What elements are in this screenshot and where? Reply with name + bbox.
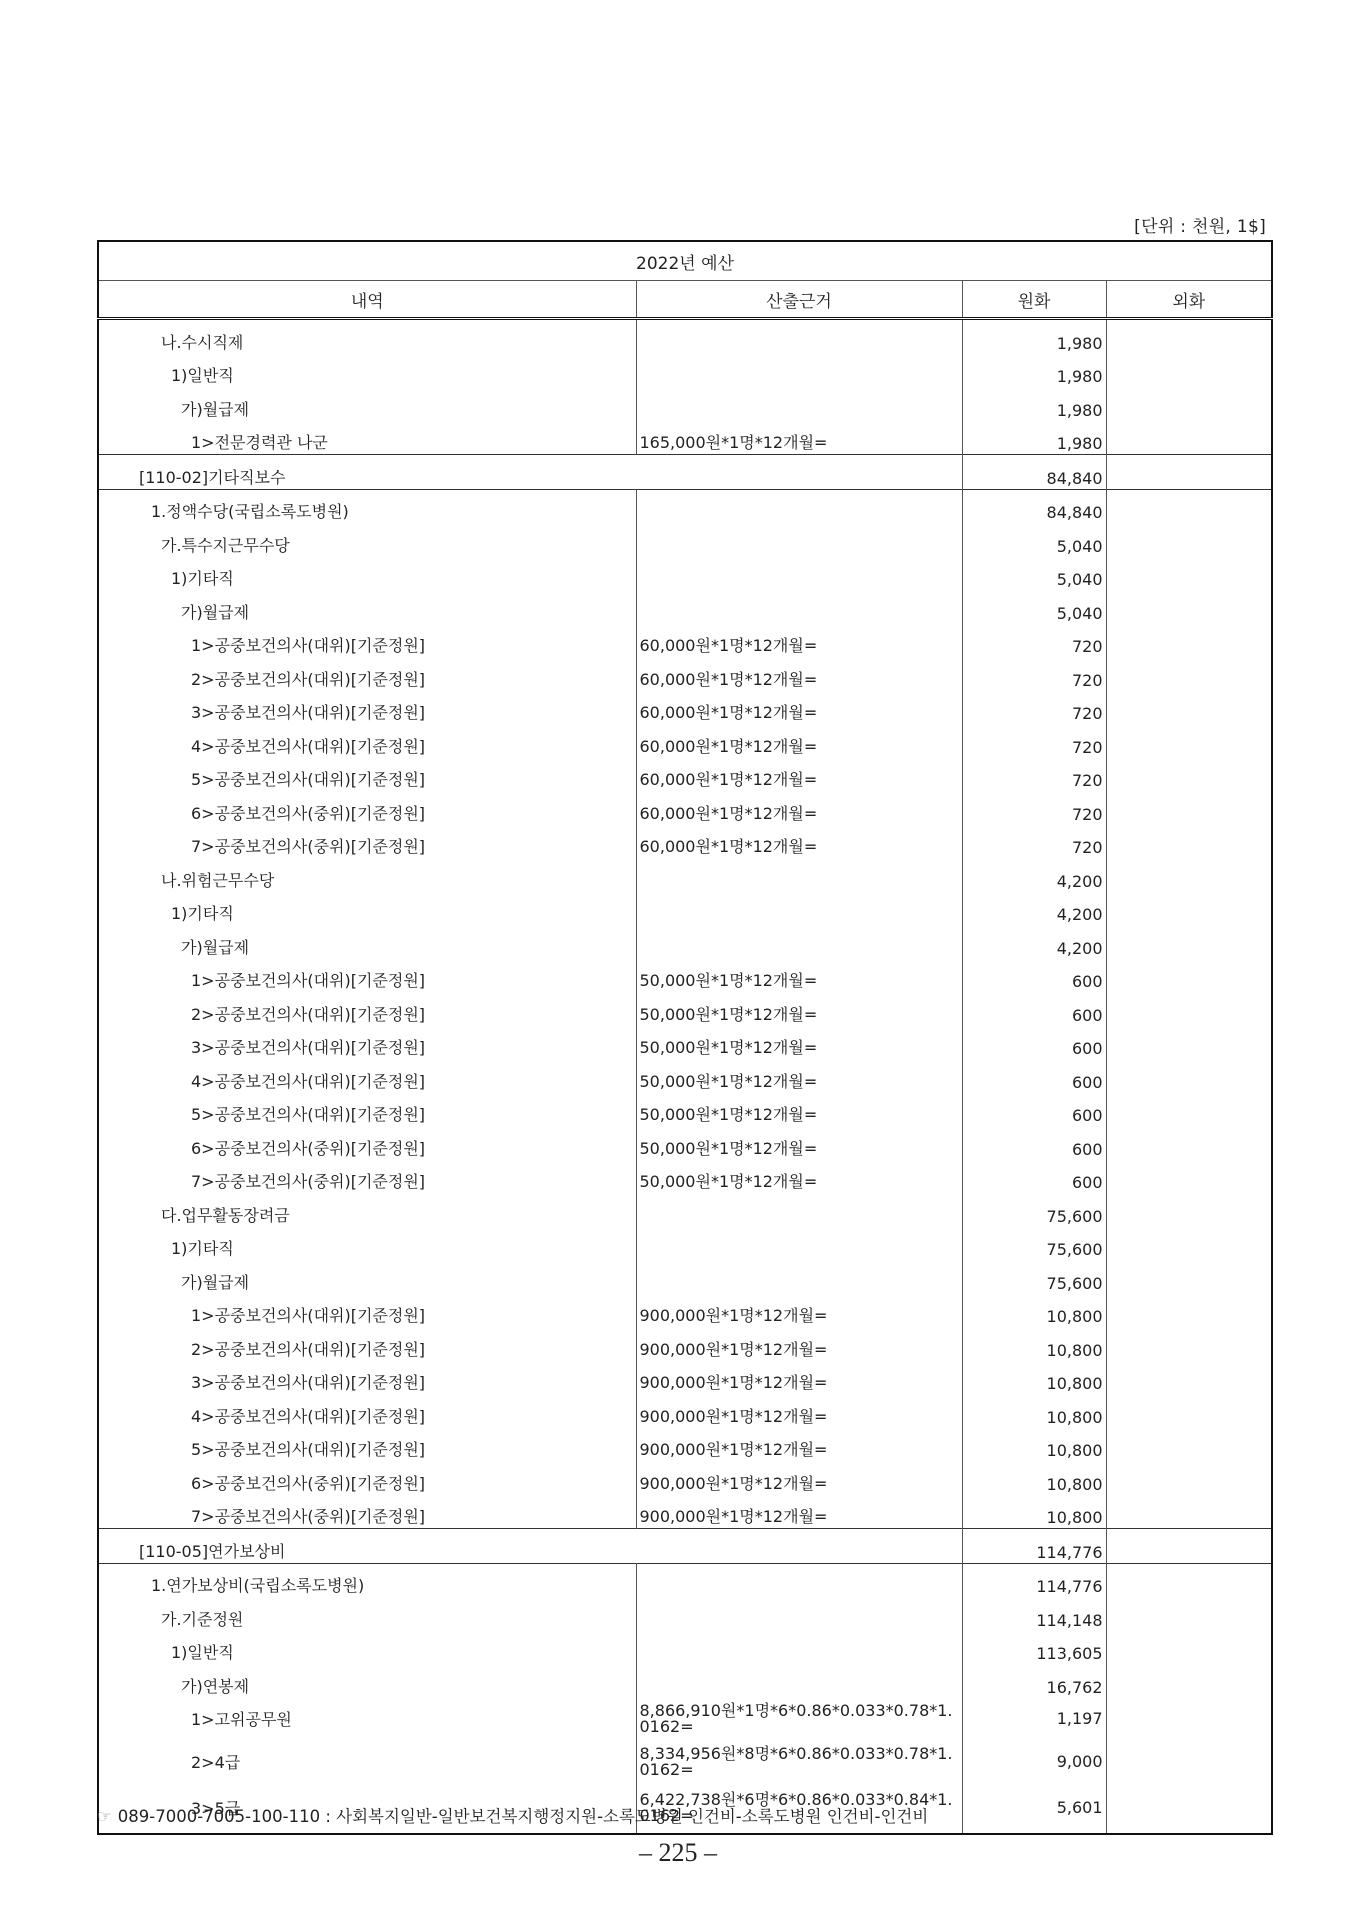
krw-amount-cell: 1,980 bbox=[962, 319, 1106, 354]
item-cell: 1>고위공무원 bbox=[98, 1698, 636, 1741]
krw-amount-cell: 720 bbox=[962, 825, 1106, 859]
calc-basis-cell: 900,000원*1명*12개월= bbox=[636, 1361, 962, 1395]
table-title: 2022년 예산 bbox=[98, 241, 1272, 281]
table-row: 1)일반직1,980 bbox=[98, 354, 1272, 388]
calc-basis-cell: 8,334,956원*8명*6*0.86*0.033*0.78*1.0162= bbox=[636, 1741, 962, 1784]
fx-amount-cell bbox=[1106, 455, 1272, 490]
table-row: 3>공중보건의사(대위)[기준정원]60,000원*1명*12개월=720 bbox=[98, 691, 1272, 725]
table-row: 2>공중보건의사(대위)[기준정원]900,000원*1명*12개월=10,80… bbox=[98, 1327, 1272, 1361]
fx-amount-cell bbox=[1106, 992, 1272, 1026]
footer-code-path: ☞089-7000-7005-100-110 : 사회복지일반-일반보건복지행정… bbox=[97, 1803, 928, 1827]
unit-label: [단위 : 천원, 1$] bbox=[1134, 212, 1266, 237]
page-number: – 225 – bbox=[0, 1838, 1356, 1868]
table-row: 5>공중보건의사(대위)[기준정원]900,000원*1명*12개월=10,80… bbox=[98, 1428, 1272, 1462]
item-cell: 가.특수지근무수당 bbox=[98, 523, 636, 557]
fx-amount-cell bbox=[1106, 1093, 1272, 1127]
krw-amount-cell: 600 bbox=[962, 1026, 1106, 1060]
fx-amount-cell bbox=[1106, 892, 1272, 926]
krw-amount-cell: 75,600 bbox=[962, 1193, 1106, 1227]
budget-table: 2022년 예산 내역 산출근거 원화 외화 나.수시직제1,9801)일반직1… bbox=[97, 240, 1273, 1835]
table-row: 가.기준정원114,148 bbox=[98, 1597, 1272, 1631]
calc-basis-cell: 50,000원*1명*12개월= bbox=[636, 959, 962, 993]
item-cell: 2>공중보건의사(대위)[기준정원] bbox=[98, 992, 636, 1026]
fx-amount-cell bbox=[1106, 319, 1272, 354]
table-row: 나.위험근무수당4,200 bbox=[98, 858, 1272, 892]
table-row: 가)월급제5,040 bbox=[98, 590, 1272, 624]
krw-amount-cell: 600 bbox=[962, 1093, 1106, 1127]
krw-amount-cell: 114,148 bbox=[962, 1597, 1106, 1631]
item-cell: 6>공중보건의사(중위)[기준정원] bbox=[98, 1461, 636, 1495]
krw-amount-cell: 600 bbox=[962, 992, 1106, 1026]
header-fx: 외화 bbox=[1106, 281, 1272, 319]
calc-basis-cell: 60,000원*1명*12개월= bbox=[636, 724, 962, 758]
item-cell: 1>공중보건의사(대위)[기준정원] bbox=[98, 1294, 636, 1328]
fx-amount-cell bbox=[1106, 925, 1272, 959]
fx-amount-cell bbox=[1106, 1327, 1272, 1361]
krw-amount-cell: 720 bbox=[962, 758, 1106, 792]
fx-amount-cell bbox=[1106, 1784, 1272, 1834]
calc-basis-cell: 50,000원*1명*12개월= bbox=[636, 1093, 962, 1127]
hand-pointer-icon: ☞ bbox=[97, 1807, 112, 1826]
table-row: 7>공중보건의사(중위)[기준정원]900,000원*1명*12개월=10,80… bbox=[98, 1495, 1272, 1529]
item-cell: 가)월급제 bbox=[98, 1260, 636, 1294]
fx-amount-cell bbox=[1106, 1698, 1272, 1741]
table-row: 7>공중보건의사(중위)[기준정원]50,000원*1명*12개월=600 bbox=[98, 1160, 1272, 1194]
item-cell: 1>전문경력관 나군 bbox=[98, 421, 636, 455]
item-cell: [110-05]연가보상비 bbox=[98, 1529, 962, 1564]
calc-basis-cell: 900,000원*1명*12개월= bbox=[636, 1428, 962, 1462]
item-cell: 1)일반직 bbox=[98, 354, 636, 388]
item-cell: 6>공중보건의사(중위)[기준정원] bbox=[98, 1126, 636, 1160]
fx-amount-cell bbox=[1106, 1394, 1272, 1428]
table-row: 1.정액수당(국립소록도병원)84,840 bbox=[98, 489, 1272, 523]
table-row: 1>공중보건의사(대위)[기준정원]50,000원*1명*12개월=600 bbox=[98, 959, 1272, 993]
calc-basis-cell bbox=[636, 858, 962, 892]
krw-amount-cell: 113,605 bbox=[962, 1631, 1106, 1665]
fx-amount-cell bbox=[1106, 1597, 1272, 1631]
item-cell: 나.위험근무수당 bbox=[98, 858, 636, 892]
header-calc-basis: 산출근거 bbox=[636, 281, 962, 319]
calc-basis-cell: 50,000원*1명*12개월= bbox=[636, 1160, 962, 1194]
item-cell: 1>공중보건의사(대위)[기준정원] bbox=[98, 959, 636, 993]
calc-basis-cell bbox=[636, 319, 962, 354]
item-cell: 1.정액수당(국립소록도병원) bbox=[98, 489, 636, 523]
calc-basis-cell bbox=[636, 1597, 962, 1631]
table-row: 6>공중보건의사(중위)[기준정원]50,000원*1명*12개월=600 bbox=[98, 1126, 1272, 1160]
calc-basis-cell: 60,000원*1명*12개월= bbox=[636, 624, 962, 658]
table-row: 5>공중보건의사(대위)[기준정원]50,000원*1명*12개월=600 bbox=[98, 1093, 1272, 1127]
calc-basis-cell: 900,000원*1명*12개월= bbox=[636, 1461, 962, 1495]
krw-amount-cell: 9,000 bbox=[962, 1741, 1106, 1784]
item-cell: 1)기타직 bbox=[98, 557, 636, 591]
calc-basis-cell bbox=[636, 590, 962, 624]
fx-amount-cell bbox=[1106, 421, 1272, 455]
fx-amount-cell bbox=[1106, 1495, 1272, 1529]
table-row: 3>공중보건의사(대위)[기준정원]900,000원*1명*12개월=10,80… bbox=[98, 1361, 1272, 1395]
item-cell: 3>공중보건의사(대위)[기준정원] bbox=[98, 1361, 636, 1395]
table-body: 나.수시직제1,9801)일반직1,980가)월급제1,9801>전문경력관 나… bbox=[98, 319, 1272, 1834]
item-cell: 가.기준정원 bbox=[98, 1597, 636, 1631]
item-cell: 1)기타직 bbox=[98, 892, 636, 926]
item-cell: 가)월급제 bbox=[98, 590, 636, 624]
item-cell: 나.수시직제 bbox=[98, 319, 636, 354]
item-cell: 다.업무활동장려금 bbox=[98, 1193, 636, 1227]
calc-basis-cell: 60,000원*1명*12개월= bbox=[636, 657, 962, 691]
krw-amount-cell: 84,840 bbox=[962, 489, 1106, 523]
table-row: 2>공중보건의사(대위)[기준정원]50,000원*1명*12개월=600 bbox=[98, 992, 1272, 1026]
fx-amount-cell bbox=[1106, 1563, 1272, 1597]
item-cell: 가)월급제 bbox=[98, 925, 636, 959]
krw-amount-cell: 5,040 bbox=[962, 590, 1106, 624]
krw-amount-cell: 10,800 bbox=[962, 1361, 1106, 1395]
table-row: 1)일반직113,605 bbox=[98, 1631, 1272, 1665]
fx-amount-cell bbox=[1106, 557, 1272, 591]
fx-amount-cell bbox=[1106, 1664, 1272, 1698]
table-row: 5>공중보건의사(대위)[기준정원]60,000원*1명*12개월=720 bbox=[98, 758, 1272, 792]
calc-basis-cell bbox=[636, 1631, 962, 1665]
krw-amount-cell: 5,040 bbox=[962, 557, 1106, 591]
fx-amount-cell bbox=[1106, 1160, 1272, 1194]
fx-amount-cell bbox=[1106, 523, 1272, 557]
table-row: 4>공중보건의사(대위)[기준정원]900,000원*1명*12개월=10,80… bbox=[98, 1394, 1272, 1428]
item-cell: 7>공중보건의사(중위)[기준정원] bbox=[98, 1160, 636, 1194]
fx-amount-cell bbox=[1106, 1741, 1272, 1784]
calc-basis-cell bbox=[636, 557, 962, 591]
calc-basis-cell bbox=[636, 1227, 962, 1261]
fx-amount-cell bbox=[1106, 1294, 1272, 1328]
item-cell: 4>공중보건의사(대위)[기준정원] bbox=[98, 1059, 636, 1093]
krw-amount-cell: 10,800 bbox=[962, 1294, 1106, 1328]
item-cell: 1)일반직 bbox=[98, 1631, 636, 1665]
fx-amount-cell bbox=[1106, 825, 1272, 859]
item-cell: 1)기타직 bbox=[98, 1227, 636, 1261]
krw-amount-cell: 114,776 bbox=[962, 1529, 1106, 1564]
item-cell: 3>공중보건의사(대위)[기준정원] bbox=[98, 1026, 636, 1060]
krw-amount-cell: 5,601 bbox=[962, 1784, 1106, 1834]
table-row: 가)연봉제16,762 bbox=[98, 1664, 1272, 1698]
krw-amount-cell: 1,980 bbox=[962, 421, 1106, 455]
krw-amount-cell: 114,776 bbox=[962, 1563, 1106, 1597]
header-item: 내역 bbox=[98, 281, 636, 319]
fx-amount-cell bbox=[1106, 1059, 1272, 1093]
fx-amount-cell bbox=[1106, 354, 1272, 388]
krw-amount-cell: 75,600 bbox=[962, 1260, 1106, 1294]
calc-basis-cell: 50,000원*1명*12개월= bbox=[636, 1126, 962, 1160]
fx-amount-cell bbox=[1106, 624, 1272, 658]
fx-amount-cell bbox=[1106, 1227, 1272, 1261]
calc-basis-cell: 50,000원*1명*12개월= bbox=[636, 992, 962, 1026]
item-cell: 7>공중보건의사(중위)[기준정원] bbox=[98, 825, 636, 859]
fx-amount-cell bbox=[1106, 858, 1272, 892]
krw-amount-cell: 10,800 bbox=[962, 1394, 1106, 1428]
calc-basis-cell: 60,000원*1명*12개월= bbox=[636, 691, 962, 725]
krw-amount-cell: 720 bbox=[962, 657, 1106, 691]
krw-amount-cell: 75,600 bbox=[962, 1227, 1106, 1261]
krw-amount-cell: 600 bbox=[962, 1059, 1106, 1093]
table-row: 가.특수지근무수당5,040 bbox=[98, 523, 1272, 557]
fx-amount-cell bbox=[1106, 1529, 1272, 1564]
krw-amount-cell: 10,800 bbox=[962, 1327, 1106, 1361]
fx-amount-cell bbox=[1106, 1461, 1272, 1495]
header-krw: 원화 bbox=[962, 281, 1106, 319]
calc-basis-cell: 60,000원*1명*12개월= bbox=[636, 825, 962, 859]
fx-amount-cell bbox=[1106, 691, 1272, 725]
fx-amount-cell bbox=[1106, 387, 1272, 421]
table-row: 1>공중보건의사(대위)[기준정원]900,000원*1명*12개월=10,80… bbox=[98, 1294, 1272, 1328]
calc-basis-cell: 50,000원*1명*12개월= bbox=[636, 1026, 962, 1060]
table-row: 7>공중보건의사(중위)[기준정원]60,000원*1명*12개월=720 bbox=[98, 825, 1272, 859]
calc-basis-cell bbox=[636, 1260, 962, 1294]
table-row: 1)기타직75,600 bbox=[98, 1227, 1272, 1261]
calc-basis-cell bbox=[636, 354, 962, 388]
calc-basis-cell bbox=[636, 387, 962, 421]
item-cell: 7>공중보건의사(중위)[기준정원] bbox=[98, 1495, 636, 1529]
table-row: 3>공중보건의사(대위)[기준정원]50,000원*1명*12개월=600 bbox=[98, 1026, 1272, 1060]
calc-basis-cell: 900,000원*1명*12개월= bbox=[636, 1495, 962, 1529]
calc-basis-cell: 60,000원*1명*12개월= bbox=[636, 791, 962, 825]
krw-amount-cell: 10,800 bbox=[962, 1461, 1106, 1495]
table-row: 4>공중보건의사(대위)[기준정원]50,000원*1명*12개월=600 bbox=[98, 1059, 1272, 1093]
krw-amount-cell: 4,200 bbox=[962, 858, 1106, 892]
table-row: 4>공중보건의사(대위)[기준정원]60,000원*1명*12개월=720 bbox=[98, 724, 1272, 758]
table-row: 1)기타직5,040 bbox=[98, 557, 1272, 591]
calc-basis-cell: 165,000원*1명*12개월= bbox=[636, 421, 962, 455]
table-row: 다.업무활동장려금75,600 bbox=[98, 1193, 1272, 1227]
calc-basis-cell bbox=[636, 1664, 962, 1698]
calc-basis-cell: 900,000원*1명*12개월= bbox=[636, 1327, 962, 1361]
krw-amount-cell: 600 bbox=[962, 1126, 1106, 1160]
table-row: 나.수시직제1,980 bbox=[98, 319, 1272, 354]
table-row: 6>공중보건의사(중위)[기준정원]60,000원*1명*12개월=720 bbox=[98, 791, 1272, 825]
item-cell: [110-02]기타직보수 bbox=[98, 455, 962, 490]
table-row: [110-05]연가보상비114,776 bbox=[98, 1529, 1272, 1564]
table-row: [110-02]기타직보수84,840 bbox=[98, 455, 1272, 490]
item-cell: 6>공중보건의사(중위)[기준정원] bbox=[98, 791, 636, 825]
krw-amount-cell: 10,800 bbox=[962, 1495, 1106, 1529]
krw-amount-cell: 600 bbox=[962, 959, 1106, 993]
item-cell: 1>공중보건의사(대위)[기준정원] bbox=[98, 624, 636, 658]
item-cell: 가)연봉제 bbox=[98, 1664, 636, 1698]
calc-basis-cell bbox=[636, 1563, 962, 1597]
krw-amount-cell: 4,200 bbox=[962, 925, 1106, 959]
calc-basis-cell: 900,000원*1명*12개월= bbox=[636, 1294, 962, 1328]
krw-amount-cell: 720 bbox=[962, 624, 1106, 658]
krw-amount-cell: 720 bbox=[962, 724, 1106, 758]
table-row: 2>4급8,334,956원*8명*6*0.86*0.033*0.78*1.01… bbox=[98, 1741, 1272, 1784]
item-cell: 3>공중보건의사(대위)[기준정원] bbox=[98, 691, 636, 725]
item-cell: 2>공중보건의사(대위)[기준정원] bbox=[98, 1327, 636, 1361]
calc-basis-cell bbox=[636, 892, 962, 926]
krw-amount-cell: 4,200 bbox=[962, 892, 1106, 926]
fx-amount-cell bbox=[1106, 657, 1272, 691]
krw-amount-cell: 1,980 bbox=[962, 387, 1106, 421]
fx-amount-cell bbox=[1106, 1428, 1272, 1462]
item-cell: 2>공중보건의사(대위)[기준정원] bbox=[98, 657, 636, 691]
krw-amount-cell: 1,980 bbox=[962, 354, 1106, 388]
fx-amount-cell bbox=[1106, 1260, 1272, 1294]
fx-amount-cell bbox=[1106, 959, 1272, 993]
fx-amount-cell bbox=[1106, 724, 1272, 758]
fx-amount-cell bbox=[1106, 791, 1272, 825]
calc-basis-cell bbox=[636, 925, 962, 959]
fx-amount-cell bbox=[1106, 1026, 1272, 1060]
table-row: 1>고위공무원8,866,910원*1명*6*0.86*0.033*0.78*1… bbox=[98, 1698, 1272, 1741]
fx-amount-cell bbox=[1106, 1361, 1272, 1395]
fx-amount-cell bbox=[1106, 1126, 1272, 1160]
item-cell: 5>공중보건의사(대위)[기준정원] bbox=[98, 1093, 636, 1127]
calc-basis-cell bbox=[636, 489, 962, 523]
item-cell: 5>공중보건의사(대위)[기준정원] bbox=[98, 758, 636, 792]
table-row: 1>전문경력관 나군165,000원*1명*12개월=1,980 bbox=[98, 421, 1272, 455]
footer-text: 089-7000-7005-100-110 : 사회복지일반-일반보건복지행정지… bbox=[118, 1807, 929, 1826]
krw-amount-cell: 720 bbox=[962, 791, 1106, 825]
table-row: 가)월급제75,600 bbox=[98, 1260, 1272, 1294]
krw-amount-cell: 5,040 bbox=[962, 523, 1106, 557]
table-row: 2>공중보건의사(대위)[기준정원]60,000원*1명*12개월=720 bbox=[98, 657, 1272, 691]
krw-amount-cell: 16,762 bbox=[962, 1664, 1106, 1698]
table-row: 6>공중보건의사(중위)[기준정원]900,000원*1명*12개월=10,80… bbox=[98, 1461, 1272, 1495]
krw-amount-cell: 84,840 bbox=[962, 455, 1106, 490]
calc-basis-cell: 50,000원*1명*12개월= bbox=[636, 1059, 962, 1093]
fx-amount-cell bbox=[1106, 489, 1272, 523]
fx-amount-cell bbox=[1106, 1631, 1272, 1665]
fx-amount-cell bbox=[1106, 590, 1272, 624]
item-cell: 1.연가보상비(국립소록도병원) bbox=[98, 1563, 636, 1597]
item-cell: 5>공중보건의사(대위)[기준정원] bbox=[98, 1428, 636, 1462]
calc-basis-cell bbox=[636, 1193, 962, 1227]
krw-amount-cell: 600 bbox=[962, 1160, 1106, 1194]
item-cell: 4>공중보건의사(대위)[기준정원] bbox=[98, 724, 636, 758]
krw-amount-cell: 720 bbox=[962, 691, 1106, 725]
calc-basis-cell bbox=[636, 523, 962, 557]
table-row: 1.연가보상비(국립소록도병원)114,776 bbox=[98, 1563, 1272, 1597]
table-row: 1)기타직4,200 bbox=[98, 892, 1272, 926]
calc-basis-cell: 900,000원*1명*12개월= bbox=[636, 1394, 962, 1428]
item-cell: 2>4급 bbox=[98, 1741, 636, 1784]
fx-amount-cell bbox=[1106, 1193, 1272, 1227]
item-cell: 가)월급제 bbox=[98, 387, 636, 421]
table-row: 가)월급제4,200 bbox=[98, 925, 1272, 959]
table-row: 1>공중보건의사(대위)[기준정원]60,000원*1명*12개월=720 bbox=[98, 624, 1272, 658]
calc-basis-cell: 8,866,910원*1명*6*0.86*0.033*0.78*1.0162= bbox=[636, 1698, 962, 1741]
fx-amount-cell bbox=[1106, 758, 1272, 792]
krw-amount-cell: 10,800 bbox=[962, 1428, 1106, 1462]
table-row: 가)월급제1,980 bbox=[98, 387, 1272, 421]
calc-basis-cell: 60,000원*1명*12개월= bbox=[636, 758, 962, 792]
krw-amount-cell: 1,197 bbox=[962, 1698, 1106, 1741]
item-cell: 4>공중보건의사(대위)[기준정원] bbox=[98, 1394, 636, 1428]
